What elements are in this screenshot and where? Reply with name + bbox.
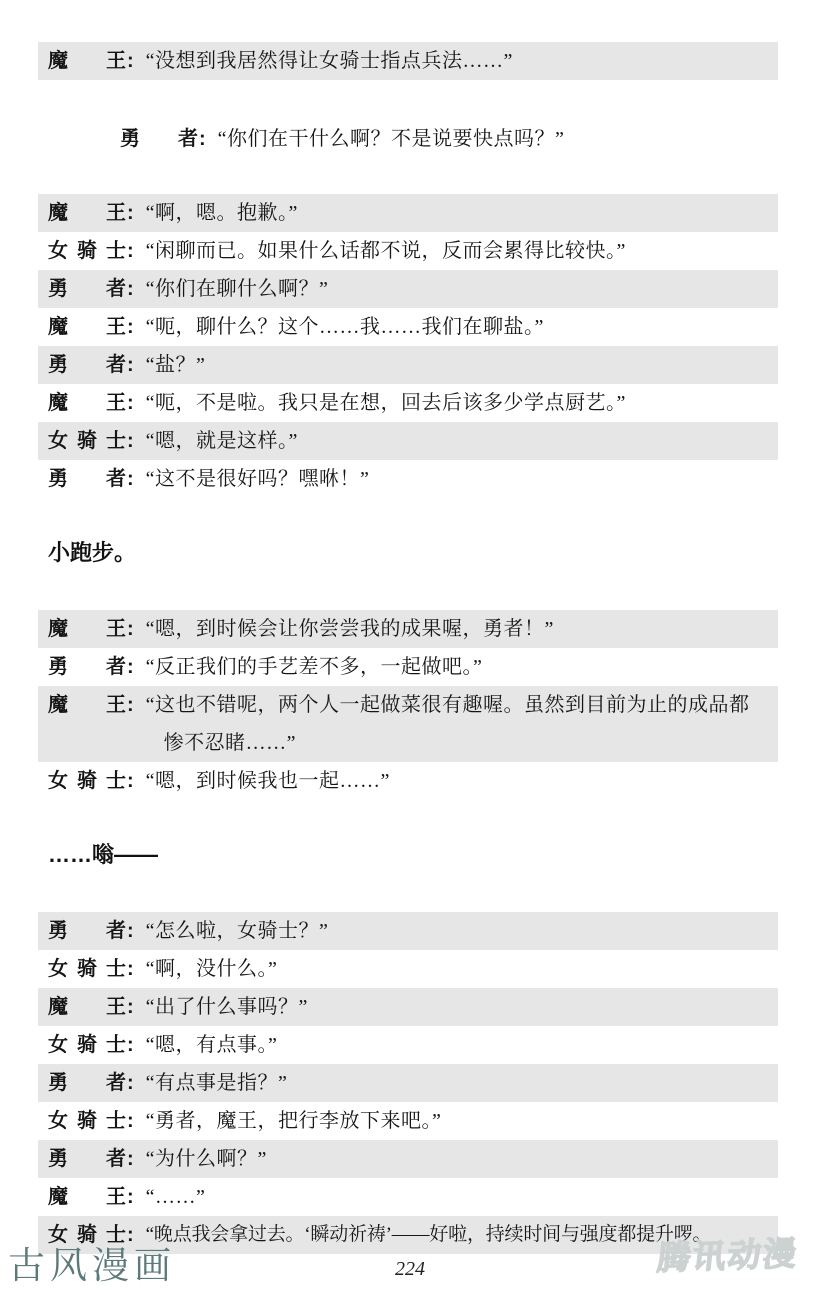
speaker-label: 勇者: <box>48 1140 134 1178</box>
dialogue-row: 魔王:“出了什么事吗？” <box>38 988 778 1026</box>
speaker-label: 魔王: <box>48 308 134 346</box>
dialogue-row: 女骑士:“闲聊而已。如果什么话都不说，反而会累得比较快。” <box>38 232 778 270</box>
speaker-colon: : <box>127 912 134 950</box>
speaker-colon: : <box>127 950 134 988</box>
speaker-label: 魔王: <box>48 384 134 422</box>
dialogue-row: 女骑士:“嗯，到时候我也一起……” <box>38 762 778 800</box>
dialogue-list: 魔王:“没想到我居然得让女骑士指点兵法……”勇者:“你们在干什么啊？不是说要快点… <box>38 42 778 1254</box>
page-root: { "page": { "background": "#ffffff", "ro… <box>0 0 820 1291</box>
speaker-label: 女骑士: <box>48 950 134 988</box>
speaker-colon: : <box>199 120 206 158</box>
dialogue-text: “呃，聊什么？这个……我……我们在聊盐。” <box>134 308 768 346</box>
speaker-label: 女骑士: <box>48 232 134 270</box>
dialogue-row: 女骑士:“啊，没什么。” <box>38 950 778 988</box>
speaker-label: 女骑士: <box>48 1102 134 1140</box>
speaker-colon: : <box>127 460 134 498</box>
dialogue-row: 女骑士:“勇者，魔王，把行李放下来吧。” <box>38 1102 778 1140</box>
dialogue-text: “嗯，到时候我也一起……” <box>134 762 768 800</box>
dialogue-row: 女骑士:“嗯，有点事。” <box>38 1026 778 1064</box>
speaker-name: 魔王 <box>48 1178 126 1216</box>
speaker-name: 魔王 <box>48 610 126 648</box>
speaker-label: 勇者: <box>48 1064 134 1102</box>
dialogue-row: 勇者:“为什么啊？” <box>38 1140 778 1178</box>
speaker-colon: : <box>127 1102 134 1140</box>
dialogue-row: 魔王:“……” <box>38 1178 778 1216</box>
dialogue-row: 魔王:“啊，嗯。抱歉。” <box>38 194 778 232</box>
dialogue-text: “为什么啊？” <box>134 1140 768 1178</box>
speaker-name: 勇者 <box>48 648 126 686</box>
dialogue-row: 魔王:“这也不错呢，两个人一起做菜很有趣喔。虽然到目前为止的成品都惨不忍睹……” <box>38 686 778 762</box>
dialogue-text: “勇者，魔王，把行李放下来吧。” <box>134 1102 768 1140</box>
speaker-name: 魔王 <box>48 42 126 80</box>
speaker-name: 女骑士 <box>48 950 126 988</box>
speaker-label: 魔王: <box>48 194 134 232</box>
speaker-name: 魔王 <box>48 686 126 724</box>
speaker-label: 勇者: <box>48 912 134 950</box>
dialogue-row: 勇者:“有点事是指？” <box>38 1064 778 1102</box>
speaker-name: 女骑士 <box>48 762 126 800</box>
dialogue-row: 勇者:“你们在聊什么啊？” <box>38 270 778 308</box>
speaker-label: 女骑士: <box>48 762 134 800</box>
speaker-colon: : <box>127 1178 134 1216</box>
dialogue-row: 勇者:“反正我们的手艺差不多，一起做吧。” <box>38 648 778 686</box>
speaker-colon: : <box>127 346 134 384</box>
speaker-label: 勇者: <box>48 346 134 384</box>
dialogue-text: “啊，没什么。” <box>134 950 768 988</box>
speaker-colon: : <box>127 1026 134 1064</box>
speaker-colon: : <box>127 762 134 800</box>
speaker-name: 勇者 <box>48 346 126 384</box>
speaker-colon: : <box>127 422 134 460</box>
speaker-name: 女骑士 <box>48 232 126 270</box>
dialogue-text: “你们在干什么啊？不是说要快点吗？” <box>206 120 768 158</box>
speaker-label: 女骑士: <box>48 1026 134 1064</box>
speaker-colon: : <box>127 42 134 80</box>
speaker-label: 勇者: <box>48 270 134 308</box>
speaker-name: 勇者 <box>48 460 126 498</box>
speaker-label: 魔王: <box>48 1178 134 1216</box>
speaker-label: 魔王: <box>48 610 134 648</box>
narration-line: 小跑步。 <box>38 540 778 566</box>
speaker-name: 女骑士 <box>48 422 126 460</box>
speaker-name: 勇者 <box>48 270 126 308</box>
dialogue-text: “有点事是指？” <box>134 1064 768 1102</box>
speaker-colon: : <box>127 1140 134 1178</box>
speaker-colon: : <box>127 610 134 648</box>
dialogue-text: “反正我们的手艺差不多，一起做吧。” <box>134 648 768 686</box>
dialogue-text: “出了什么事吗？” <box>134 988 768 1026</box>
speaker-colon: : <box>127 308 134 346</box>
speaker-label: 魔王: <box>48 988 134 1026</box>
dialogue-text: “嗯，有点事。” <box>134 1026 768 1064</box>
speaker-label: 勇者: <box>48 460 134 498</box>
speaker-colon: : <box>127 232 134 270</box>
speaker-colon: : <box>127 988 134 1026</box>
dialogue-text: “呃，不是啦。我只是在想，回去后该多少学点厨艺。” <box>134 384 768 422</box>
speaker-label: 勇者: <box>120 120 206 158</box>
dialogue-text: “怎么啦，女骑士？” <box>134 912 768 950</box>
dialogue-text: “嗯，到时候会让你尝尝我的成果喔，勇者！” <box>134 610 768 648</box>
speaker-name: 魔王 <box>48 384 126 422</box>
dialogue-row: 勇者:“你们在干什么啊？不是说要快点吗？” <box>38 120 778 158</box>
dialogue-text: “这也不错呢，两个人一起做菜很有趣喔。虽然到目前为止的成品都惨不忍睹……” <box>134 686 768 762</box>
dialogue-row: 魔王:“嗯，到时候会让你尝尝我的成果喔，勇者！” <box>38 610 778 648</box>
speaker-name: 女骑士 <box>48 1026 126 1064</box>
dialogue-text: “闲聊而已。如果什么话都不说，反而会累得比较快。” <box>134 232 768 270</box>
speaker-name: 女骑士 <box>48 1102 126 1140</box>
dialogue-text: “这不是很好吗？嘿咻！” <box>134 460 768 498</box>
dialogue-row: 魔王:“没想到我居然得让女骑士指点兵法……” <box>38 42 778 80</box>
speaker-colon: : <box>127 270 134 308</box>
speaker-name: 魔王 <box>48 988 126 1026</box>
speaker-name: 勇者 <box>120 120 198 158</box>
speaker-name: 魔王 <box>48 194 126 232</box>
speaker-colon: : <box>127 384 134 422</box>
watermark-logo: 腾讯动漫 <box>655 1228 801 1280</box>
speaker-label: 魔王: <box>48 42 134 80</box>
dialogue-text: “盐？” <box>134 346 768 384</box>
speaker-label: 女骑士: <box>48 422 134 460</box>
dialogue-row: 勇者:“盐？” <box>38 346 778 384</box>
dialogue-row: 魔王:“呃，聊什么？这个……我……我们在聊盐。” <box>38 308 778 346</box>
dialogue-row: 勇者:“这不是很好吗？嘿咻！” <box>38 460 778 498</box>
dialogue-text: “你们在聊什么啊？” <box>134 270 768 308</box>
dialogue-row: 魔王:“呃，不是啦。我只是在想，回去后该多少学点厨艺。” <box>38 384 778 422</box>
speaker-name: 魔王 <box>48 308 126 346</box>
speaker-colon: : <box>127 194 134 232</box>
speaker-name: 勇者 <box>48 1064 126 1102</box>
speaker-colon: : <box>127 686 134 724</box>
dialogue-row: 女骑士:“嗯，就是这样。” <box>38 422 778 460</box>
dialogue-text: “……” <box>134 1178 768 1216</box>
speaker-name: 勇者 <box>48 912 126 950</box>
novel-page: 魔王:“没想到我居然得让女骑士指点兵法……”勇者:“你们在干什么啊？不是说要快点… <box>0 0 820 1291</box>
narration-line: ……嗡—— <box>38 842 778 868</box>
speaker-colon: : <box>127 648 134 686</box>
dialogue-text: “嗯，就是这样。” <box>134 422 768 460</box>
speaker-label: 勇者: <box>48 648 134 686</box>
speaker-colon: : <box>127 1064 134 1102</box>
dialogue-row: 勇者:“怎么啦，女骑士？” <box>38 912 778 950</box>
dialogue-text: “没想到我居然得让女骑士指点兵法……” <box>134 42 768 80</box>
dialogue-text: “啊，嗯。抱歉。” <box>134 194 768 232</box>
speaker-label: 魔王: <box>48 686 134 724</box>
speaker-name: 勇者 <box>48 1140 126 1178</box>
